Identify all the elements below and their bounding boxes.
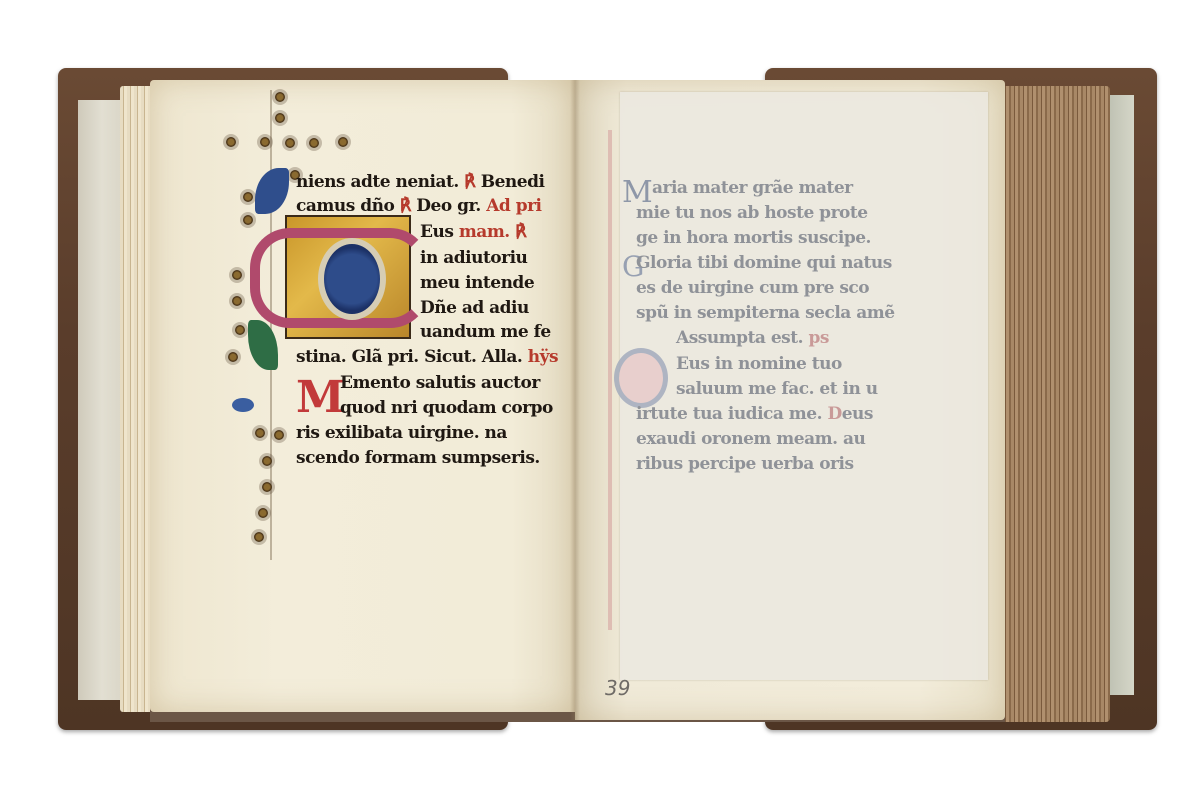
- gold-boss-icon: [232, 296, 242, 306]
- book-gutter: [570, 80, 580, 720]
- faded-border-decoration: [608, 130, 612, 630]
- gold-boss-icon: [275, 92, 285, 102]
- text-line: exaudi oronem meam. au: [636, 429, 865, 449]
- red-initial-m: M: [296, 378, 336, 420]
- gold-boss-icon: [228, 352, 238, 362]
- text-line: meu intende: [420, 273, 534, 293]
- gold-boss-icon: [243, 215, 253, 225]
- text-line: Eus in nomine tuo: [676, 354, 842, 374]
- text-line: ge in hora mortis suscipe.: [636, 228, 871, 248]
- text-line: ris exilibata uirgine. na: [296, 423, 507, 443]
- text-line: scendo formam sumpseris.: [296, 448, 540, 468]
- gold-boss-icon: [262, 482, 272, 492]
- text-line: quod nri quodam corpo: [340, 398, 553, 418]
- gold-boss-icon: [275, 113, 285, 123]
- text-line: Dñe ad adiu: [420, 298, 529, 318]
- faded-initial-d: [614, 348, 668, 408]
- gold-boss-icon: [232, 270, 242, 280]
- text-line: ribus percipe uerba oris: [636, 454, 854, 474]
- gold-boss-icon: [258, 508, 268, 518]
- text-line: es de uirgine cum pre sco: [636, 278, 869, 298]
- text-line: mie tu nos ab hoste prote: [636, 203, 868, 223]
- gold-boss-icon: [274, 430, 284, 440]
- gold-boss-icon: [309, 138, 319, 148]
- gold-boss-icon: [338, 137, 348, 147]
- initial-bowl: [318, 238, 386, 320]
- text-line: Emento salutis auctor: [340, 373, 540, 393]
- folio-number: 39: [605, 676, 630, 700]
- gold-boss-icon: [235, 325, 245, 335]
- text-line: niens adte neniat. ℟ Benedi: [296, 172, 544, 192]
- text-line: Eus mam. ℟: [420, 222, 526, 242]
- gold-boss-icon: [262, 456, 272, 466]
- acanthus-leaf-small: [232, 398, 254, 412]
- text-line: Gloria tibi domine qui natus: [636, 253, 892, 273]
- text-line: stina. Glã pri. Sicut. Alla. hÿs: [296, 347, 558, 367]
- gold-boss-icon: [255, 428, 265, 438]
- gold-boss-icon: [226, 137, 236, 147]
- gold-boss-icon: [254, 532, 264, 542]
- gold-boss-icon: [243, 192, 253, 202]
- gold-boss-icon: [260, 137, 270, 147]
- text-line: in adiutoriu: [420, 248, 527, 268]
- text-line: spũ in sempiterna secla amẽ: [636, 303, 895, 323]
- text-line: camus dño ℟ Deo gr. Ad pri: [296, 196, 542, 216]
- page-edges-right: [1000, 86, 1110, 722]
- text-line: saluum me fac. et in u: [676, 379, 878, 399]
- gold-boss-icon: [285, 138, 295, 148]
- text-line: uandum me fe: [420, 322, 551, 342]
- text-line: Assumpta est. ps: [676, 328, 829, 348]
- text-line: irtute tua iudica me. Deus: [636, 404, 873, 424]
- text-line: aria mater grãe mater: [652, 178, 853, 198]
